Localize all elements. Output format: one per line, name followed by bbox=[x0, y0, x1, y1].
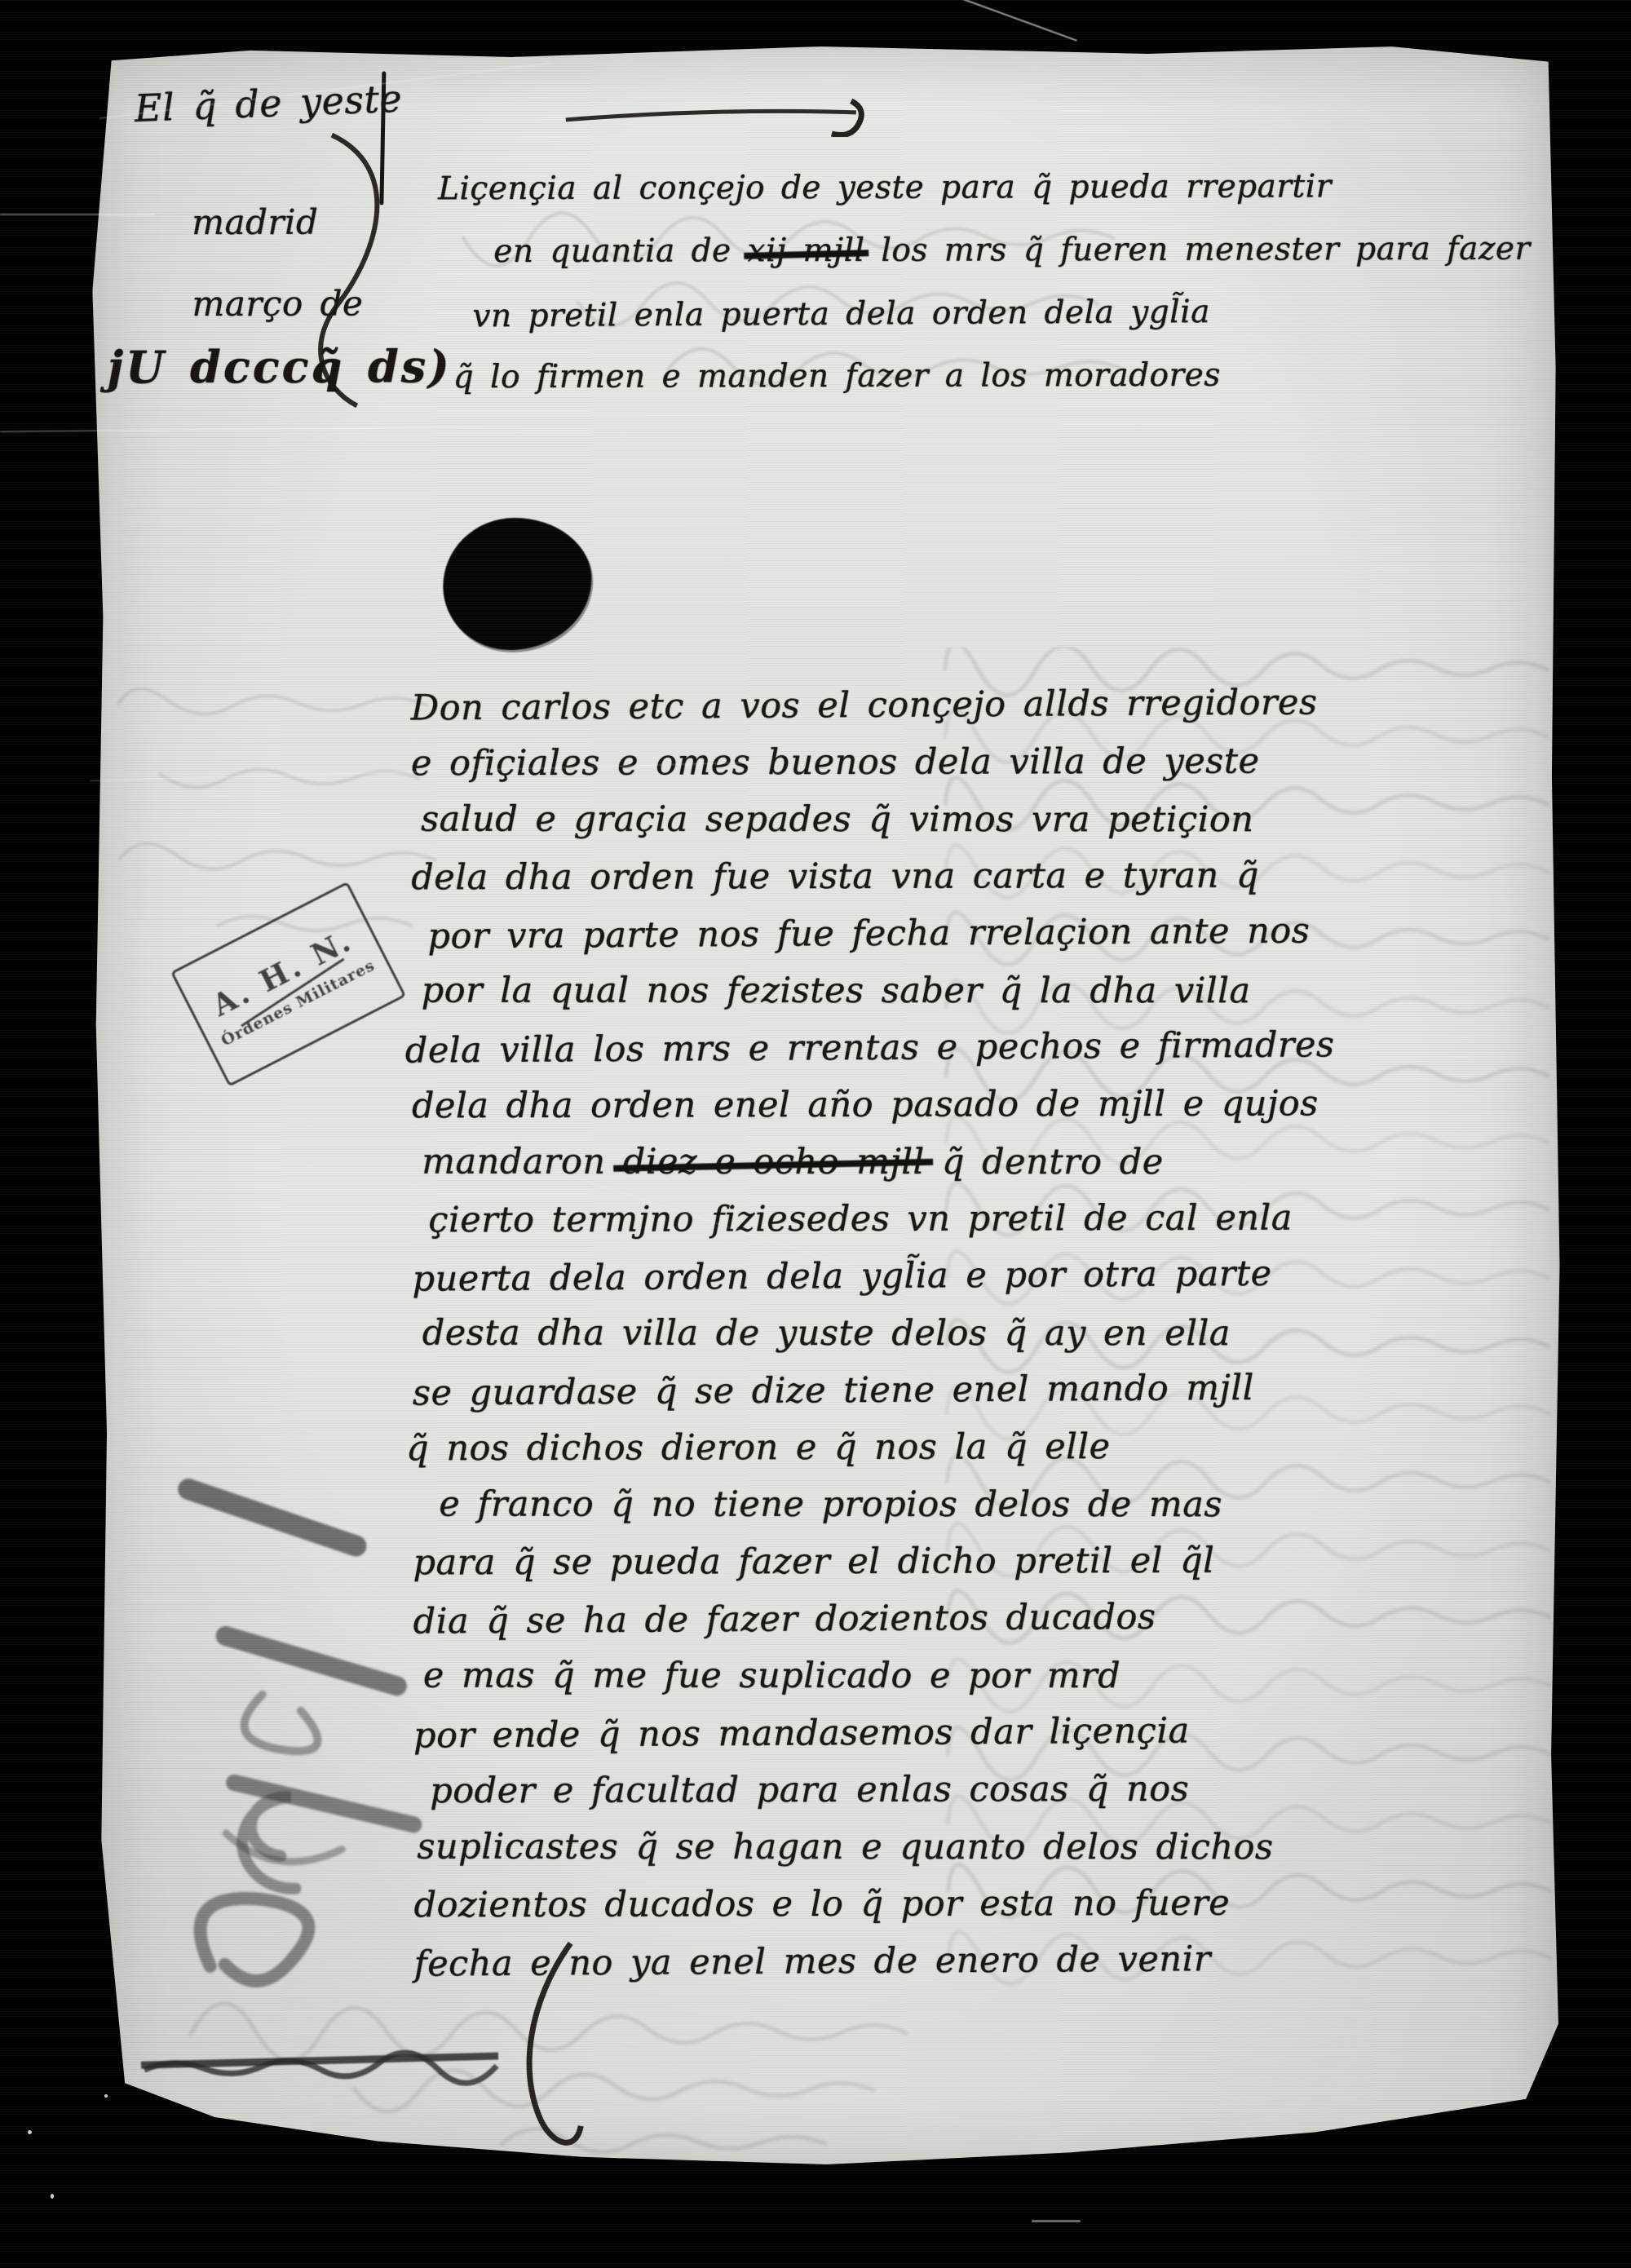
body-line: mandaron diez e ocho mjll q̃ dentro de bbox=[422, 1134, 1345, 1191]
body-line: dela dha orden enel año pasado de mjll e… bbox=[412, 1075, 1335, 1134]
body-line: desta dha villa de yuste delos q̃ ay en … bbox=[422, 1305, 1346, 1363]
header-line-segment: los mrs q̃ fueren menester para fazer bbox=[864, 231, 1530, 269]
dust-speck bbox=[51, 2194, 54, 2199]
scratch-line bbox=[0, 214, 155, 215]
body-line: para q̃ se pueda fazer el dicho pretil e… bbox=[413, 1532, 1336, 1591]
body-line: por la qual nos fezistes saber q̃ la dha… bbox=[422, 962, 1345, 1020]
dust-speck bbox=[1032, 2220, 1081, 2222]
body-line: por vra parte nos fue fecha rrelaçion an… bbox=[427, 902, 1334, 965]
body-line: salud e graçia sepades q̃ vimos vra peti… bbox=[421, 791, 1344, 849]
header-line: vn pretil enla puerta dela orden dela yg… bbox=[472, 278, 1531, 347]
body-line: suplicastes q̃ se hagan e quanto delos d… bbox=[417, 1819, 1346, 1877]
paper-sheet: El q̃ de yeste madrid março de jU dcccq̃… bbox=[87, 42, 1566, 2177]
header-line: q̃ lo firmen e manden fazer a los morado… bbox=[453, 343, 1532, 409]
body-line: puerta dela orden dela ygl̃ia e por otra… bbox=[412, 1245, 1335, 1307]
body-line: dia q̃ se ha de fazer dozientos ducados bbox=[413, 1587, 1336, 1650]
dust-speck bbox=[28, 2130, 32, 2134]
body-line: q̃ nos dichos dieron e q̃ nos la q̃ elle bbox=[406, 1417, 1336, 1477]
scratch-line bbox=[831, 0, 1076, 42]
body-line: dela dha orden fue vista vna carta e tyr… bbox=[411, 847, 1334, 906]
ghost-writing-left bbox=[102, 673, 445, 951]
body-line: por ende q̃ nos mandasemos dar liçençia bbox=[413, 1701, 1337, 1764]
margin-place: madrid bbox=[192, 202, 318, 242]
body-line: poder e facultad para enlas cosas q̃ nos bbox=[430, 1760, 1337, 1819]
body-line: se guardase q̃ se dize tiene enel mando … bbox=[413, 1359, 1336, 1421]
body-line: e ofiçiales e omes buenos dela villa de … bbox=[411, 732, 1334, 792]
body-line-segment: q̃ dentro de bbox=[925, 1142, 1164, 1183]
header-line-segment: en quantia de bbox=[493, 232, 747, 270]
bottom-scribble bbox=[133, 2035, 557, 2101]
dust-speck bbox=[104, 2094, 108, 2098]
struck-text: diez e ocho mjll bbox=[623, 1142, 925, 1183]
margin-date: março de bbox=[192, 283, 363, 324]
header-line: en quantia de xij mjll los mrs q̃ fueren… bbox=[493, 218, 1531, 283]
header-paragraph: Liçençia al conçejo de yeste para q̃ pue… bbox=[438, 155, 1531, 409]
pencil-marks bbox=[139, 1431, 467, 2003]
body-line: çierto termjno fiziesedes vn pretil de c… bbox=[428, 1189, 1335, 1249]
body-line: dela villa los mrs e rrentas e pechos e … bbox=[405, 1016, 1335, 1079]
body-line: e mas q̃ me fue suplicado e por mrd bbox=[423, 1647, 1346, 1705]
body-line: Don carlos etc a vos el conçejo allds rr… bbox=[410, 674, 1333, 736]
body-line: e franco q̃ no tiene propios delos de ma… bbox=[439, 1476, 1346, 1534]
margin-amount: jU dcccq̃ ds) bbox=[108, 340, 452, 393]
body-line-segment: mandaron bbox=[422, 1142, 623, 1183]
header-line: Liçençia al conçejo de yeste para q̃ pue… bbox=[438, 155, 1531, 221]
body-line: dozientos ducados e lo q̃ por esta no fu… bbox=[413, 1874, 1337, 1934]
body-text: Don carlos etc a vos el conçejo allds rr… bbox=[411, 675, 1337, 1991]
ink-blot bbox=[443, 518, 591, 650]
struck-text: xij mjll bbox=[747, 232, 864, 269]
manuscript-scan: El q̃ de yeste madrid março de jU dcccq̃… bbox=[0, 0, 1631, 2268]
tironian-dash-mark bbox=[556, 91, 907, 138]
